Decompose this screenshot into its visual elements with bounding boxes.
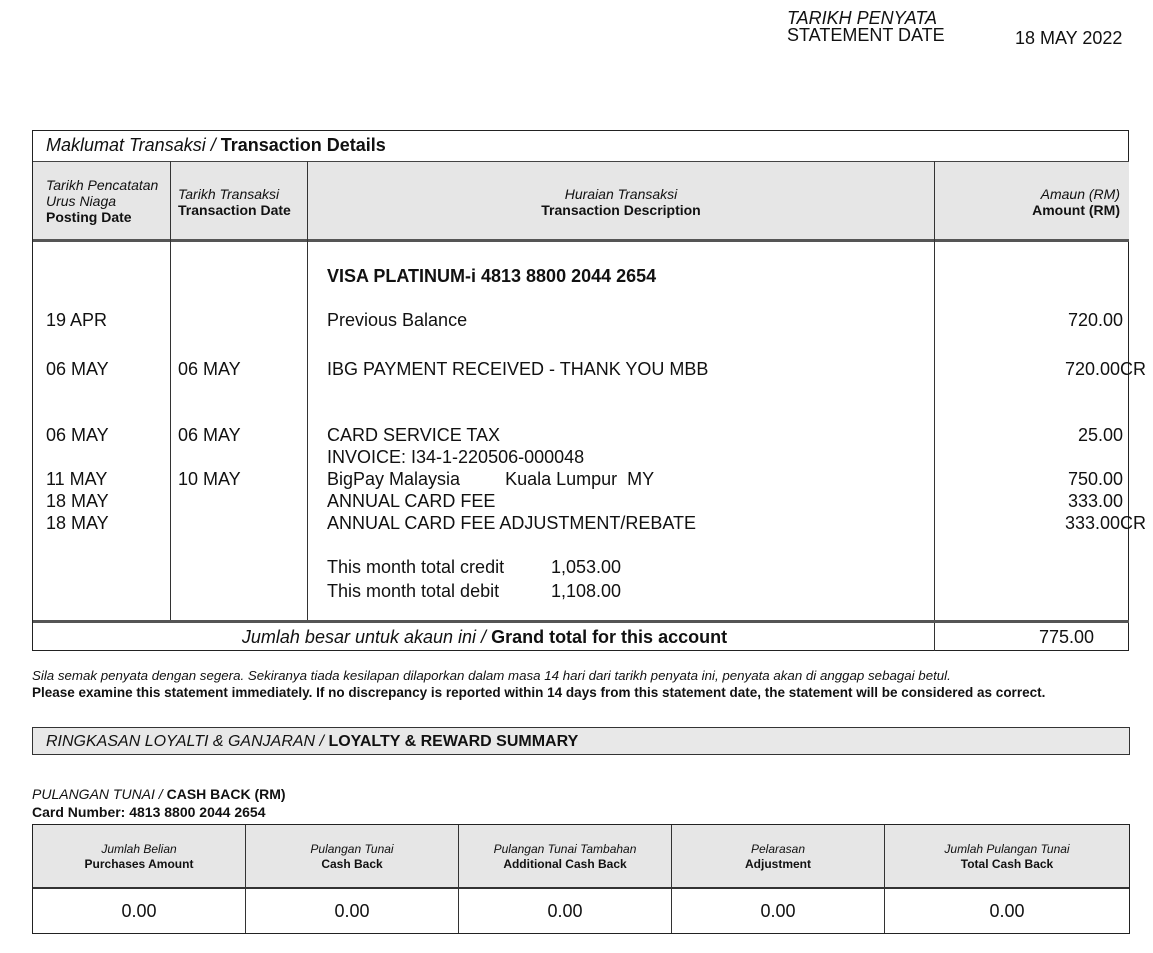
total-credit-value: 1,053.00 <box>551 556 621 578</box>
total-debit-value: 1,108.00 <box>551 580 621 602</box>
header-my: Pulangan Tunai Tambahan <box>459 842 671 857</box>
header-my: Tarikh Pencatatan Urus Niaga <box>46 177 168 209</box>
description: IBG PAYMENT RECEIVED - THANK YOU MBB <box>327 358 708 380</box>
amount: 333.00CR <box>1065 512 1146 534</box>
column-header-transaction-date: Tarikh Transaksi Transaction Date <box>178 186 291 218</box>
title-en: Transaction Details <box>221 135 386 155</box>
total-cash-back-value: 0.00 <box>885 900 1129 922</box>
statement-date-label: TARIKH PENYATA STATEMENT DATE <box>787 10 945 44</box>
notice-english: Please examine this statement immediatel… <box>32 684 1130 701</box>
posting-date: 18 MAY <box>46 490 109 512</box>
column-divider <box>307 161 308 621</box>
transaction-date: 10 MAY <box>178 468 241 490</box>
cash-back-title-my: PULANGAN TUNAI / <box>32 786 167 802</box>
amount: 720.00 <box>1068 309 1123 331</box>
description: BigPay Malaysia Kuala Lumpur MY <box>327 468 654 490</box>
purchases-amount-value: 0.00 <box>33 900 245 922</box>
cash-back-header-purchases: Jumlah Belian Purchases Amount <box>33 842 245 872</box>
header-en: Amount (RM) <box>1032 202 1120 218</box>
cash-back-header-adjustment: Pelarasan Adjustment <box>672 842 884 872</box>
column-divider <box>934 161 935 651</box>
amount: 333.00 <box>1068 490 1123 512</box>
posting-date: 18 MAY <box>46 512 109 534</box>
cash-back-header-additional: Pulangan Tunai Tambahan Additional Cash … <box>459 842 671 872</box>
loyalty-title-en: LOYALTY & REWARD SUMMARY <box>328 733 578 750</box>
header-en: Transaction Description <box>308 202 934 218</box>
transaction-details-title: Maklumat Transaksi / Transaction Details <box>46 134 386 156</box>
transaction-date: 06 MAY <box>178 358 241 380</box>
transaction-date: 06 MAY <box>178 424 241 446</box>
statement-date-value: 18 MAY 2022 <box>1015 28 1122 48</box>
description: CARD SERVICE TAX <box>327 424 500 446</box>
header-my: Pulangan Tunai <box>246 842 458 857</box>
cash-back-title: PULANGAN TUNAI / CASH BACK (RM) <box>32 786 286 802</box>
grand-total-label-my: Jumlah besar untuk akaun ini / <box>242 627 491 647</box>
card-number: Card Number: 4813 8800 2044 2654 <box>32 804 265 820</box>
grand-total-label-en: Grand total for this account <box>491 627 727 647</box>
header-my: Jumlah Belian <box>33 842 245 857</box>
header-en: Purchases Amount <box>33 857 245 872</box>
loyalty-title-my: RINGKASAN LOYALTI & GANJARAN / <box>46 733 328 750</box>
amount: 25.00 <box>1078 424 1123 446</box>
loyalty-summary-title: RINGKASAN LOYALTI & GANJARAN / LOYALTY &… <box>46 732 578 751</box>
column-header-description: Huraian Transaksi Transaction Descriptio… <box>308 186 934 218</box>
header-my: Amaun (RM) <box>1032 186 1120 202</box>
card-heading: VISA PLATINUM-i 4813 8800 2044 2654 <box>327 265 656 287</box>
posting-date: 19 APR <box>46 309 107 331</box>
header-my: Huraian Transaksi <box>308 186 934 202</box>
cash-back-header-cash-back: Pulangan Tunai Cash Back <box>246 842 458 872</box>
posting-date: 11 MAY <box>46 468 107 490</box>
title-my: Maklumat Transaksi / <box>46 135 221 155</box>
grand-total-value: 775.00 <box>1039 626 1094 648</box>
column-header-posting-date: Tarikh Pencatatan Urus Niaga Posting Dat… <box>46 177 168 225</box>
posting-date: 06 MAY <box>46 424 109 446</box>
header-en: Total Cash Back <box>885 857 1129 872</box>
header-my: Jumlah Pulangan Tunai <box>885 842 1129 857</box>
additional-cash-back-value: 0.00 <box>459 900 671 922</box>
header-my: Pelarasan <box>672 842 884 857</box>
amount: 750.00 <box>1068 468 1123 490</box>
notice-malay: Sila semak penyata dengan segera. Sekira… <box>32 668 951 683</box>
header-en: Additional Cash Back <box>459 857 671 872</box>
header-en: Adjustment <box>672 857 884 872</box>
cash-back-value: 0.00 <box>246 900 458 922</box>
header-my: Tarikh Transaksi <box>178 186 291 202</box>
amount: 720.00CR <box>1065 358 1146 380</box>
description-line-2: INVOICE: I34-1-220506-000048 <box>327 446 584 468</box>
cash-back-header-total: Jumlah Pulangan Tunai Total Cash Back <box>885 842 1129 872</box>
header-en: Posting Date <box>46 209 168 225</box>
total-credit-label: This month total credit <box>327 556 504 578</box>
header-en: Cash Back <box>246 857 458 872</box>
header-en: Transaction Date <box>178 202 291 218</box>
total-debit-label: This month total debit <box>327 580 499 602</box>
grand-total-label: Jumlah besar untuk akaun ini / Grand tot… <box>33 626 936 648</box>
statement-date-label-en: STATEMENT DATE <box>787 27 945 44</box>
column-header-amount: Amaun (RM) Amount (RM) <box>1032 186 1120 218</box>
description: ANNUAL CARD FEE <box>327 490 495 512</box>
grand-total-divider <box>33 620 1129 623</box>
posting-date: 06 MAY <box>46 358 109 380</box>
description: Previous Balance <box>327 309 467 331</box>
column-divider <box>170 161 171 621</box>
description: ANNUAL CARD FEE ADJUSTMENT/REBATE <box>327 512 696 534</box>
adjustment-value: 0.00 <box>672 900 884 922</box>
cash-back-title-en: CASH BACK (RM) <box>167 786 286 802</box>
